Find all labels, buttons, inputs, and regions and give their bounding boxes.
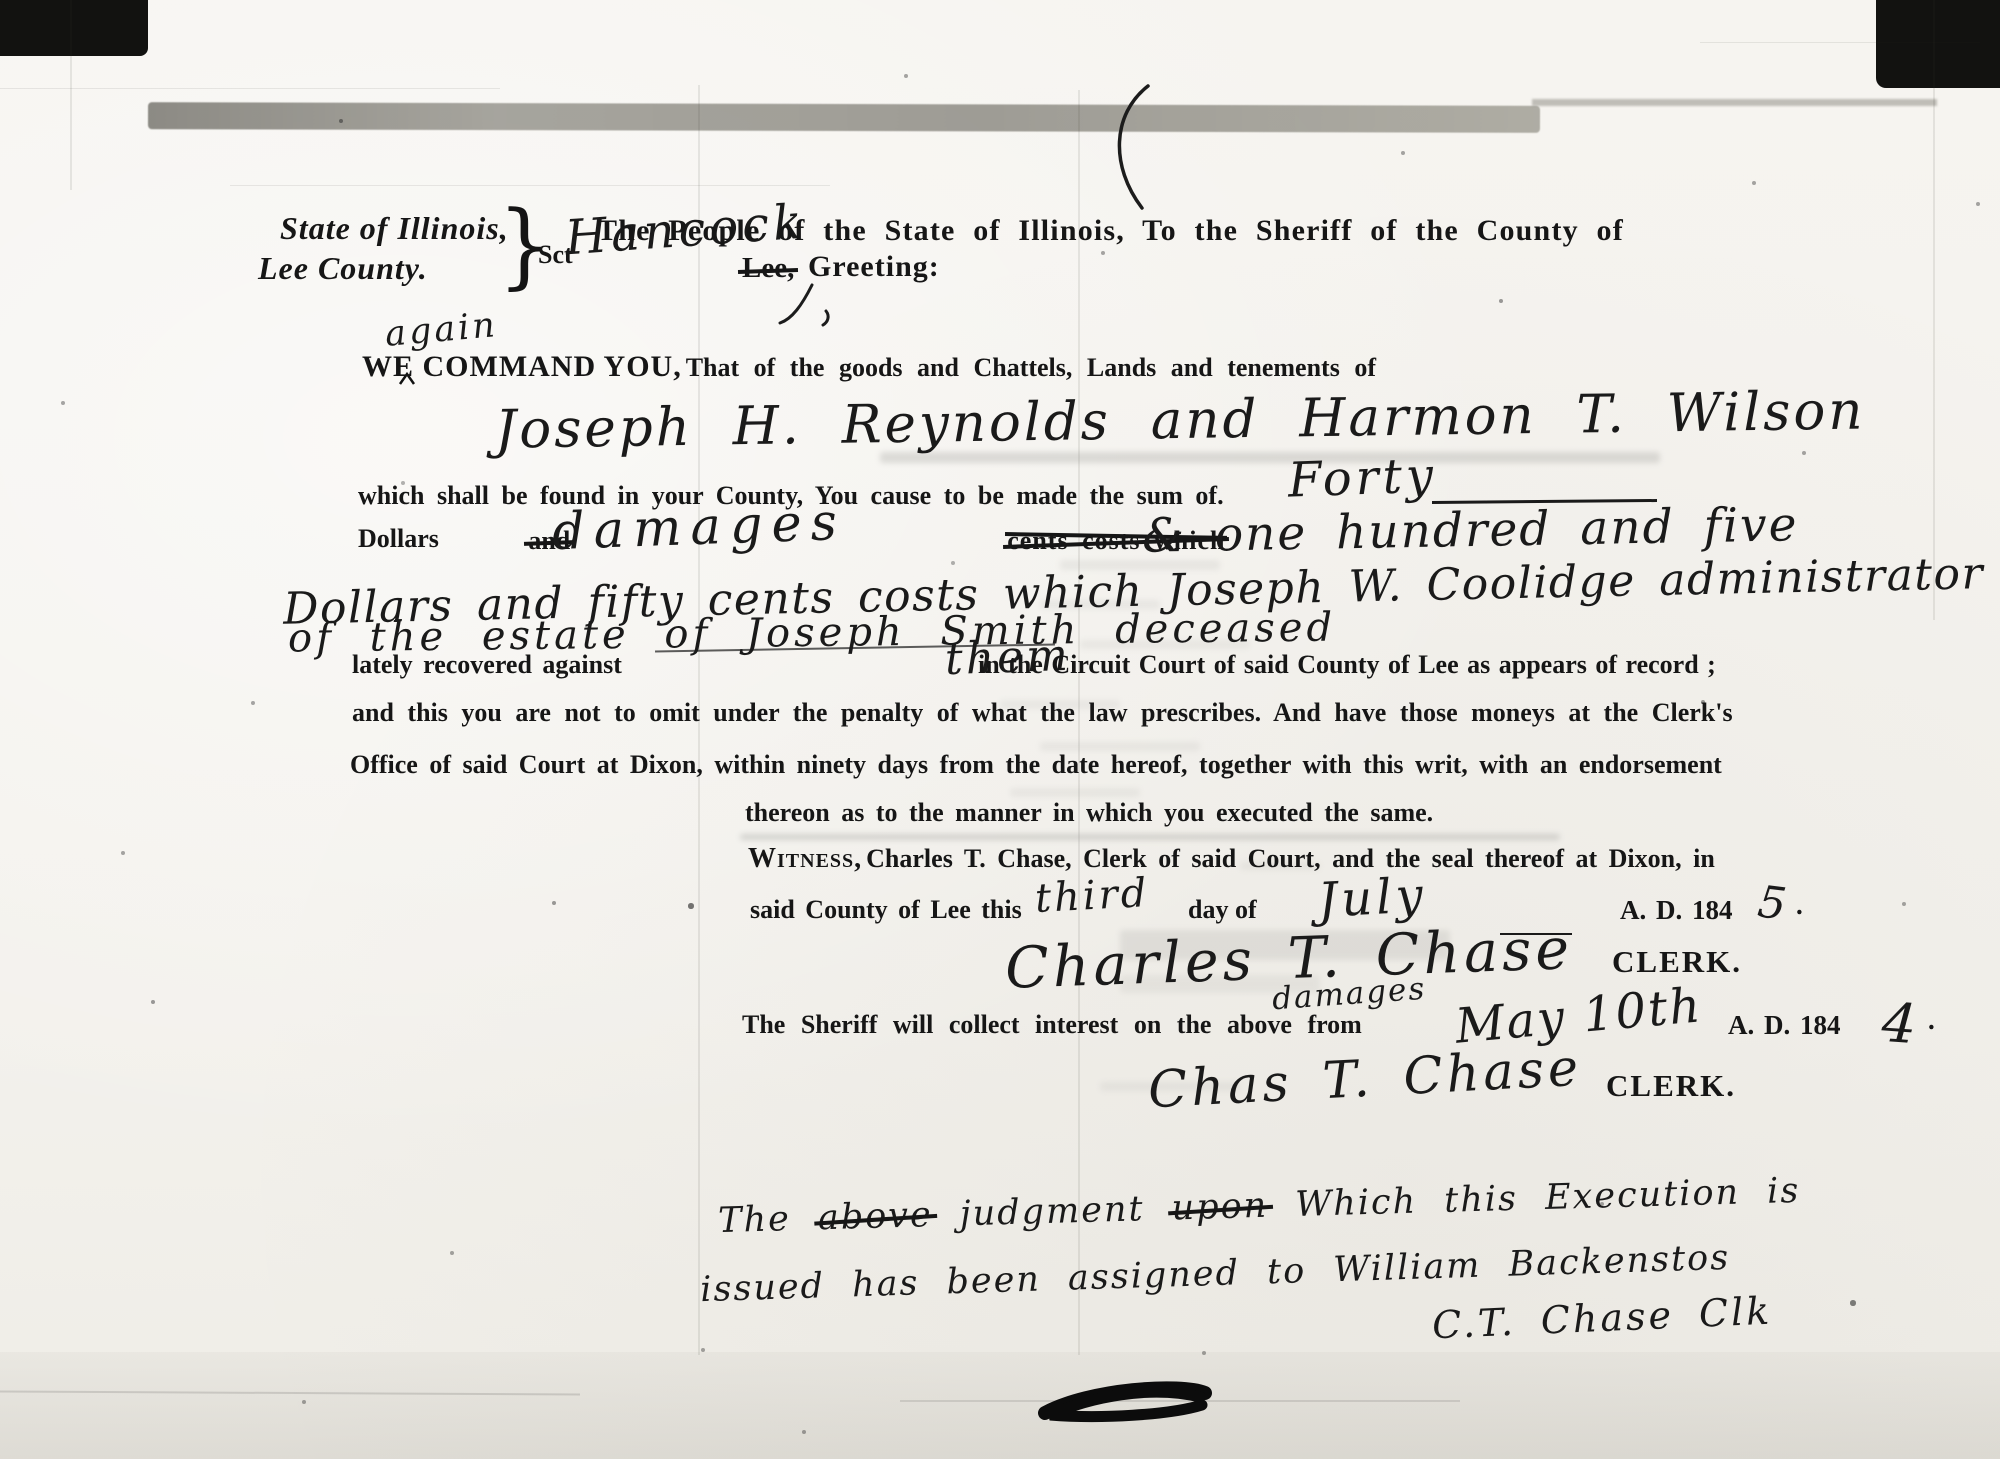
ink-blob-mark [1030, 1375, 1230, 1435]
clerk-signature-2: Chas T. Chase [1147, 1039, 1584, 1121]
command-intro: WE COMMAND YOU, [362, 350, 682, 383]
header-county: Lee County. [258, 250, 428, 287]
bottom-fold-shading [0, 1352, 2000, 1459]
assignment-note-signature: C.T. Chase Clk [1431, 1289, 1773, 1348]
witness-label: Witness, [748, 843, 862, 874]
year-digit-handwritten: 5 [1755, 876, 1789, 930]
header-greeting: Greeting: [808, 250, 940, 284]
scan-line-1 [0, 88, 500, 89]
recovered-label: lately recovered against [352, 650, 622, 680]
scan-edge-band-thin [1532, 99, 1937, 106]
smudge-under-thereon [740, 834, 1560, 840]
amount-forty: Forty [1287, 447, 1438, 508]
struck-county-lee: Lee, [742, 252, 794, 284]
note-struck-above: above [817, 1195, 933, 1238]
ad-year-label: A. D. 184 [1620, 895, 1733, 926]
command-rest: That of the goods and Chattels, Lands an… [686, 353, 1376, 382]
day-handwritten: third [1034, 870, 1151, 922]
day-of-label: day of [1188, 895, 1257, 925]
note-word: The [718, 1199, 792, 1241]
witness-rest: Charles T. Chase, Clerk of said Court, a… [866, 844, 1715, 873]
scan-line-2 [230, 185, 830, 186]
court-line: in the Circuit Court of said County of L… [978, 650, 1716, 680]
handwritten-damages: damages [551, 493, 847, 562]
paper-specks [0, 0, 2, 2]
command-line: WE COMMAND YOU, That of the goods and Ch… [362, 350, 1376, 384]
thereon-line: thereon as to the manner in which you ex… [745, 798, 1433, 828]
omit-line: and this you are not to omit under the p… [352, 698, 1733, 728]
clerk-label-1: CLERK. [1612, 944, 1742, 980]
witness-line: Witness, Charles T. Chase, Clerk of said… [748, 843, 1715, 875]
clerk-label-2: CLERK. [1606, 1068, 1736, 1104]
note-word: Which this Execution is [1295, 1171, 1801, 1225]
year-digit-handwritten-2: 4 [1880, 991, 1919, 1056]
defendants-handwritten: Joseph H. Reynolds and Harmon T. Wilson [495, 380, 1866, 460]
fold-crease-top-left [70, 0, 72, 190]
inserted-word-again: again [383, 305, 499, 355]
header-people-line: The People of the State of Illinois, To … [597, 214, 1624, 248]
assignment-note-line-1: The above judgment upon Which this Execu… [718, 1171, 1801, 1241]
scan-line-3 [1700, 42, 1980, 43]
office-line: Office of said Court at Dixon, within ni… [350, 750, 1722, 780]
year-period: . [1796, 890, 1803, 921]
pen-curve-mark-top [1090, 82, 1160, 212]
hancock-descender-flourish [772, 283, 842, 328]
note-word: judgment [959, 1189, 1145, 1234]
scan-edge-band [148, 102, 1540, 133]
header-state: State of Illinois, [280, 210, 509, 247]
scan-corner-top-right [1876, 0, 2000, 88]
erased-strike-smudge [880, 452, 1660, 463]
note-struck-upon: upon [1171, 1186, 1269, 1229]
scan-corner-top-left [0, 0, 148, 56]
dollars-label: Dollars [358, 524, 439, 554]
ad-year-label-2: A. D. 184 [1728, 1010, 1841, 1041]
county-this-label: said County of Lee this [750, 895, 1022, 925]
month-handwritten: July [1317, 867, 1428, 929]
bleed-through-mark [1010, 788, 1140, 797]
scanned-document-page: State of Illinois, Lee County. } Sct Han… [0, 0, 2000, 1459]
year-period-2: . [1928, 1005, 1935, 1036]
fold-crease-right [1933, 0, 1935, 620]
sheriff-interest-line: The Sheriff will collect interest on the… [742, 1010, 1362, 1040]
